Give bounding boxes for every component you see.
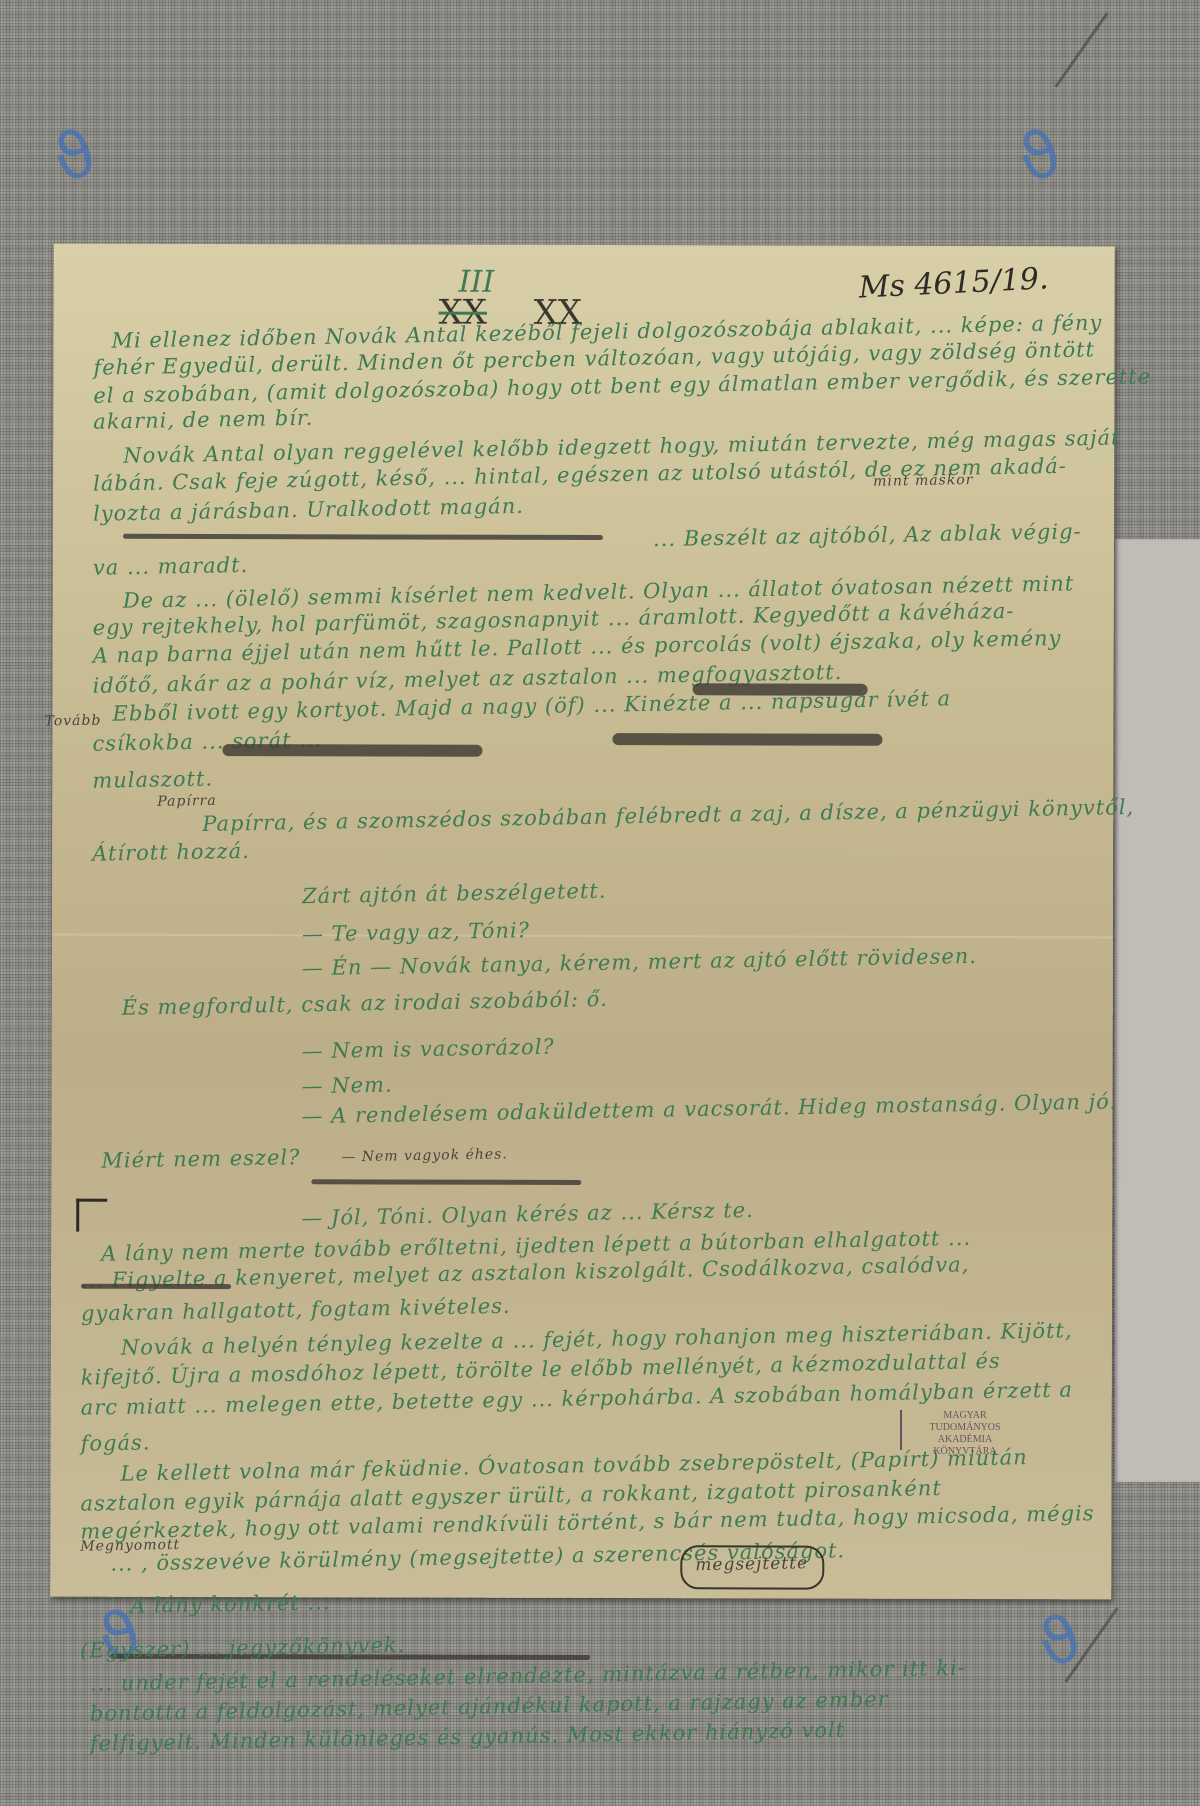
margin-note: mint máskor	[873, 472, 974, 490]
dialogue-line: — Jól, Tóni. Olyan kérés az ... Kérsz te…	[301, 1198, 754, 1230]
dialogue-line: — Én — Novák tanya, kérem, mert az ajtó …	[302, 944, 978, 980]
shelfmark: Ms 4615/19.	[858, 261, 1049, 305]
blue-corner-mark-bottom-right: ϑ	[1029, 1600, 1092, 1683]
text-line: A lány konkrét ...	[130, 1590, 331, 1618]
stamp-line-1: MAGYAR	[902, 1410, 1028, 1422]
blue-corner-mark-top-left: ϑ	[44, 115, 107, 198]
margin-note: Tovább	[44, 713, 101, 730]
white-card-backing	[1115, 539, 1200, 1482]
blue-corner-mark-top-right: ϑ	[1009, 115, 1072, 198]
scribble-out	[612, 733, 882, 746]
manuscript-page: III XX XX Ms 4615/19. Mi ellenez időben …	[50, 244, 1115, 1600]
text-line: Átírott hozzá.	[92, 839, 250, 866]
scribble-out	[222, 744, 482, 757]
dialogue-line: Zárt ajtón át beszélgetett.	[302, 879, 607, 909]
bracket-mark	[76, 1199, 107, 1232]
strikethrough	[123, 534, 603, 540]
text-line: lyozta a járásban. Uralkodott magán.	[93, 494, 524, 526]
text-line: mulaszott.	[92, 767, 213, 793]
text-line: gyakran hallgatott, fogtam kivételes.	[81, 1294, 511, 1326]
pencil-mark-top-right	[1054, 12, 1108, 87]
strikethrough	[311, 1179, 581, 1185]
dialogue-insert: — Nem vagyok éhes.	[341, 1146, 508, 1165]
text-line: Miért nem eszel?	[101, 1145, 300, 1173]
text-line: akarni, de nem bír.	[93, 406, 313, 434]
margin-note: Papírra	[157, 793, 217, 810]
dialogue-line: — Nem.	[301, 1073, 393, 1099]
stamp-line-2: TUDOMÁNYOS AKADÉMIA	[902, 1422, 1028, 1446]
stamp-line-3: KÖNYVTÁRA	[902, 1446, 1028, 1458]
text-line: És megfordult, csak az irodai szobából: …	[122, 987, 609, 1020]
dialogue-line: — Te vagy az, Tóni?	[302, 918, 530, 946]
text-line: Papírra, és a szomszédos szobában felébr…	[202, 795, 1134, 836]
library-stamp: MAGYAR TUDOMÁNYOS AKADÉMIA KÖNYVTÁRA	[900, 1410, 1028, 1450]
text-line: va ... maradt.	[93, 553, 249, 580]
text-line: fogás.	[80, 1430, 150, 1455]
strikethrough	[81, 1284, 231, 1289]
paper-fold	[52, 934, 1113, 939]
text-line: ... Beszélt az ajtóból, Az ablak végig-	[653, 519, 1082, 551]
circled-insert-text: megsejtette	[695, 1553, 808, 1575]
dialogue-line: — Nem is vacsorázol?	[301, 1035, 554, 1064]
dialogue-line: — A rendelésem odaküldettem a vacsorát. …	[301, 1089, 1117, 1128]
